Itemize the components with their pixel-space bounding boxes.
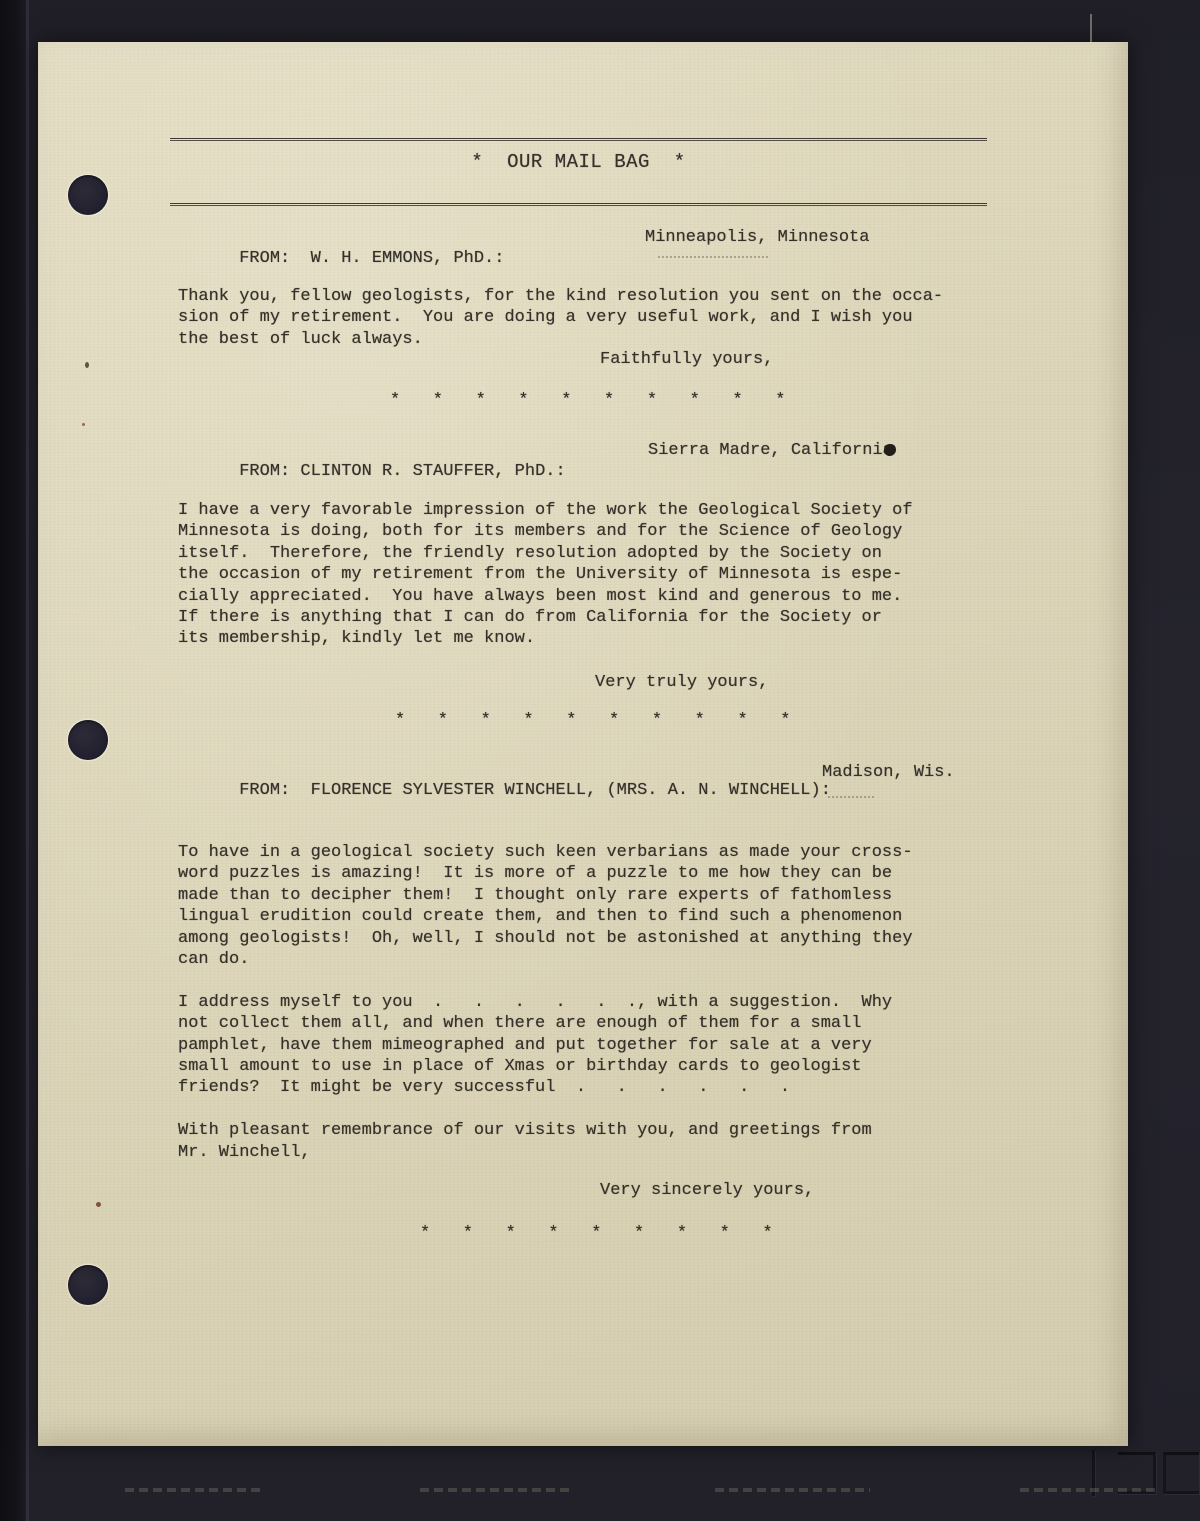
binder-spine-edge: [26, 0, 29, 1521]
punch-hole-top: [68, 175, 108, 215]
scanner-artifact: [715, 1488, 870, 1492]
letter-3-body: To have in a geological society such kee…: [178, 842, 913, 1163]
letter-2-location: Sierra Madre, California: [648, 440, 893, 461]
binder-spine-shadow: [0, 0, 26, 1521]
letter-1-closing: Faithfully yours,: [600, 349, 773, 370]
scan-scratch: [1090, 14, 1092, 42]
scanner-artifact: [1020, 1488, 1160, 1492]
letter-1-from-label: FROM: W. H. EMMONS, PhD.:: [239, 249, 504, 268]
paper-speck: [96, 1202, 101, 1207]
pencil-smudge: [828, 794, 874, 798]
background-emboss-mark: [1163, 1452, 1199, 1494]
letter-2-body: I have a very favorable impression of th…: [178, 500, 913, 650]
punch-hole-middle: [68, 720, 108, 760]
asterisk-separator: * * * * * * * * * *: [395, 710, 791, 731]
scanned-page-background: * OUR MAIL BAG * FROM: W. H. EMMONS, PhD…: [0, 0, 1200, 1521]
scanner-artifact: [125, 1488, 265, 1492]
header-rule-top: [170, 138, 987, 141]
letter-3-from-row: FROM: FLORENCE SYLVESTER WINCHELL, (MRS.…: [178, 759, 1078, 845]
letter-2-from-label: FROM: CLINTON R. STAUFFER, PhD.:: [239, 462, 565, 481]
letter-3-closing: Very sincerely yours,: [600, 1180, 814, 1201]
letter-3-from-label: FROM: FLORENCE SYLVESTER WINCHELL, (MRS.…: [239, 781, 831, 800]
pencil-smudge: [658, 254, 768, 258]
asterisk-separator: * * * * * * * * * *: [390, 390, 786, 411]
letter-1-body: Thank you, fellow geologists, for the ki…: [178, 286, 943, 350]
page-title: * OUR MAIL BAG *: [170, 152, 987, 173]
asterisk-separator: * * * * * * * * *: [420, 1223, 773, 1244]
scanner-artifact: [420, 1488, 570, 1492]
letter-1-location: Minneapolis, Minnesota: [645, 227, 869, 248]
letter-2-closing: Very truly yours,: [595, 672, 768, 693]
header-rule-bottom: [170, 203, 987, 206]
letter-3-location: Madison, Wis.: [822, 762, 955, 783]
paper-speck: [85, 362, 89, 368]
punch-hole-bottom: [68, 1265, 108, 1305]
paper-speck: [82, 423, 85, 426]
document-page: * OUR MAIL BAG * FROM: W. H. EMMONS, PhD…: [38, 42, 1128, 1446]
